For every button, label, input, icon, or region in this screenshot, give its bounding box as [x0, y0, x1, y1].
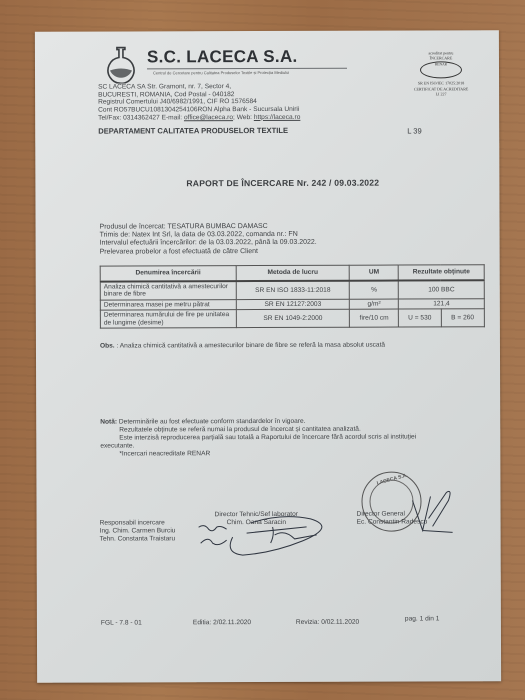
column-header: Rezultate obținute	[398, 265, 484, 281]
info-line: Intervalul efectuării încercărilor: de l…	[100, 239, 317, 248]
table-row: Analiza chimică cantitativă a amestecuri…	[100, 280, 484, 300]
note-line: Este interzisă reproducerea parțială sau…	[100, 433, 416, 442]
company-address: SC LACECA SA Str. Gramont, nr. 7, Sector…	[98, 83, 300, 122]
test-result: 100 BBC	[399, 280, 485, 299]
test-result-warp: U = 530	[399, 309, 441, 327]
note-line: Determinările au fost efectuate conform …	[117, 418, 305, 426]
signatory-name: Ing. Chim. Carmen Burciu	[100, 527, 176, 535]
note-block: Notă: Determinările au fost efectuate co…	[100, 417, 416, 458]
page-number: pag. 1 din 1	[405, 615, 439, 622]
form-code: FGL - 7.8 - 01	[101, 619, 142, 626]
test-unit: %	[350, 281, 399, 299]
test-report-document: S.C. LACECA S.A. Centrul de Cercetare pe…	[35, 30, 501, 683]
test-name: Analiza chimică cantitativă a amestecuri…	[100, 281, 236, 300]
flask-logo-icon	[105, 45, 137, 83]
contact-line: Tel/Fax: 0314362427 E-mail: office@lacec…	[98, 114, 300, 122]
test-unit: g/m²	[350, 299, 399, 310]
test-name: Determinarea masei pe metru pătrat	[100, 299, 236, 310]
observation-label: Obs.	[100, 343, 115, 350]
test-name: Determinarea numărului de fire pe unitat…	[100, 310, 236, 328]
handwritten-signature-icon	[408, 490, 458, 540]
email-link[interactable]: office@laceca.ro	[184, 114, 233, 121]
accreditation-line: ÎNCERCARE	[393, 55, 489, 61]
report-info: Produsul de încercat: TESATURA BUMBAC DA…	[100, 223, 317, 257]
test-unit: fire/10 cm	[350, 309, 399, 327]
column-header: Metoda de lucru	[236, 265, 350, 281]
note-label: Notă:	[100, 419, 117, 426]
handwritten-signature-icon	[227, 509, 337, 559]
lab-code: L 39	[407, 126, 422, 135]
test-result: 121,4	[399, 299, 485, 310]
signatory-name: Tehn. Constanta Traistaru	[100, 535, 176, 543]
observation: Obs. : Analiza chimică cantitativă a ame…	[100, 342, 385, 350]
signature-role: Responsabil incercare	[100, 519, 176, 527]
test-method: SR EN 12127:2003	[236, 299, 350, 310]
website-link[interactable]: https://laceca.ro	[254, 114, 301, 121]
column-header: UM	[349, 265, 398, 281]
info-line: Prelevarea probelor a fost efectuată de …	[100, 247, 317, 256]
web-label: ; Web:	[233, 114, 254, 121]
test-result-weft: B = 260	[441, 309, 485, 327]
table-row: Determinarea numărului de fire pe unitat…	[100, 309, 484, 328]
renar-seal-icon: RENAR	[420, 62, 462, 79]
edition: Editia: 2/02.11.2020	[193, 619, 251, 626]
accreditation-number: LI 227	[393, 91, 489, 97]
company-name: S.C. LACECA S.A.	[147, 47, 298, 68]
observation-text: : Analiza chimică cantitativă a amestecu…	[115, 342, 386, 350]
revision: Revizia: 0/02.11.2020	[296, 619, 359, 626]
table-header-row: Denumirea încercării Metoda de lucru UM …	[100, 265, 484, 282]
test-method: SR EN ISO 1833-11:2018	[236, 281, 350, 300]
accreditation-mark: acreditat pentru ÎNCERCARE RENAR SR EN I…	[393, 50, 489, 96]
report-title: RAPORT DE ÎNCERCARE Nr. 242 / 09.03.2022	[186, 178, 379, 189]
company-subtitle: Centrul de Cercetare pentru Calitatea Pr…	[153, 70, 289, 75]
note-non-accredited: *Incercari neacreditate RENAR	[100, 449, 416, 458]
column-header: Denumirea încercării	[100, 266, 236, 282]
contact-phone: Tel/Fax: 0314362427 E-mail:	[98, 114, 184, 121]
test-method: SR EN 1049-2:2000	[236, 309, 350, 327]
department-heading: DEPARTAMENT CALITATEA PRODUSELOR TEXTILE	[98, 126, 288, 136]
signature-tester: Responsabil incercare Ing. Chim. Carmen …	[100, 519, 176, 543]
results-table: Denumirea încercării Metoda de lucru UM …	[100, 264, 485, 328]
